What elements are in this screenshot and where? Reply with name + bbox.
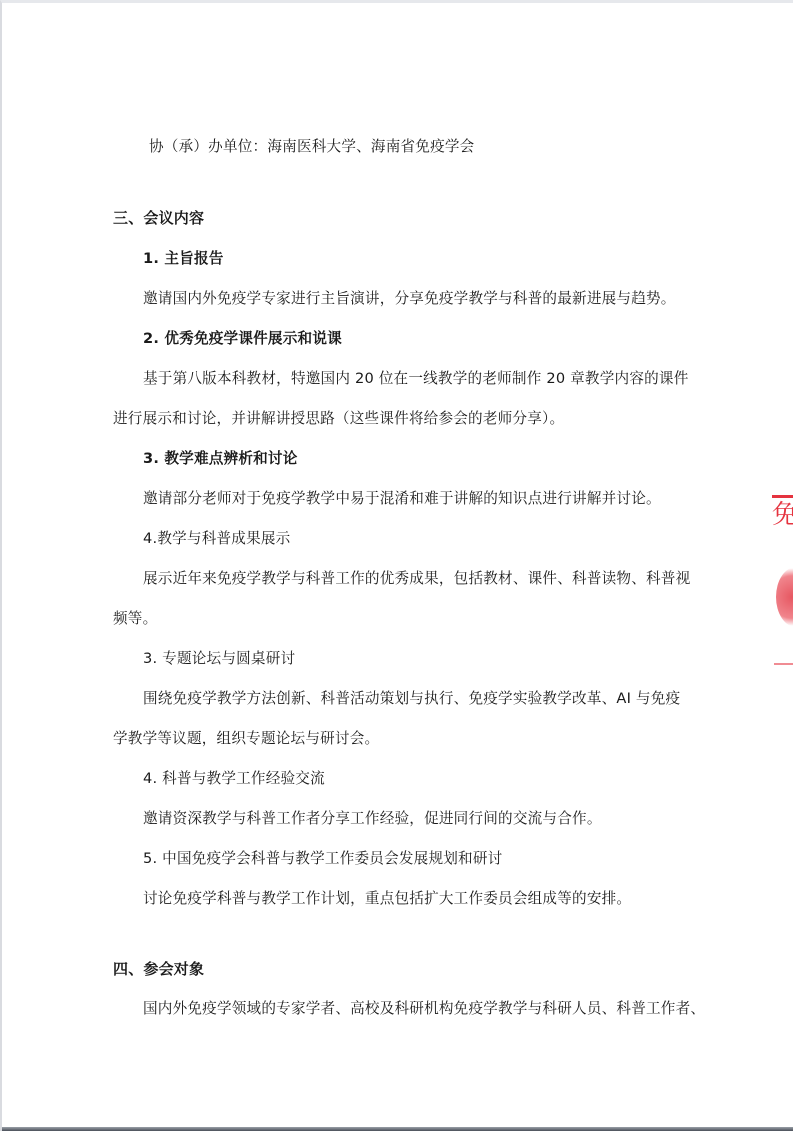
document-page: 协（承）办单位：海南医科大学、海南省免疫学会 三、会议内容 1. 主旨报告 邀请… — [0, 0, 793, 1131]
item-body-keynote: 邀请国内外免疫学专家进行主旨演讲，分享免疫学教学与科普的最新进展与趋势。 — [143, 289, 676, 309]
item-body-achievements-line2: 频等。 — [113, 609, 157, 629]
item-body-courseware-line1: 基于第八版本科教材，特邀国内 20 位在一线教学的老师制作 20 章教学内容的课… — [143, 369, 689, 389]
participants-body-line1: 国内外免疫学领域的专家学者、高校及科研机构免疫学教学与科研人员、科普工作者、 — [143, 999, 705, 1019]
item-title-forum: 3. 专题论坛与圆桌研讨 — [143, 649, 295, 669]
item-title-courseware: 2. 优秀免疫学课件展示和说课 — [143, 329, 342, 349]
item-body-committee: 讨论免疫学科普与教学工作计划，重点包括扩大工作委员会组成等的安排。 — [143, 889, 631, 909]
co-organizer-line: 协（承）办单位：海南医科大学、海南省免疫学会 — [149, 137, 474, 157]
item-title-keynote: 1. 主旨报告 — [143, 249, 224, 269]
official-seal-stamp: 免 — [762, 491, 793, 671]
seal-emblem-icon — [776, 567, 793, 627]
item-title-committee: 5. 中国免疫学会科普与教学工作委员会发展规划和研讨 — [143, 849, 502, 869]
item-body-courseware-line2: 进行展示和讨论，并讲解讲授思路（这些课件将给参会的老师分享）。 — [113, 409, 564, 429]
item-body-difficulties: 邀请部分老师对于免疫学教学中易于混淆和难于讲解的知识点进行讲解并讨论。 — [143, 489, 661, 509]
seal-character: 免 — [772, 501, 793, 529]
seal-bottom-mark — [774, 663, 793, 665]
item-title-achievements: 4.教学与科普成果展示 — [143, 529, 290, 549]
section-heading-meeting-content: 三、会议内容 — [113, 208, 204, 228]
item-title-difficulties: 3. 教学难点辨析和讨论 — [143, 449, 298, 469]
item-body-forum-line2: 学教学等议题，组织专题论坛与研讨会。 — [113, 729, 379, 749]
seal-border-mark — [772, 495, 793, 498]
item-body-experience: 邀请资深教学与科普工作者分享工作经验，促进同行间的交流与合作。 — [143, 809, 602, 829]
item-body-achievements-line1: 展示近年来免疫学教学与科普工作的优秀成果，包括教材、课件、科普读物、科普视 — [143, 569, 690, 589]
item-title-experience: 4. 科普与教学工作经验交流 — [143, 769, 325, 789]
item-body-forum-line1: 围绕免疫学教学方法创新、科普活动策划与执行、免疫学实验教学改革、AI 与免疫 — [143, 689, 680, 709]
section-heading-participants: 四、参会对象 — [113, 959, 204, 979]
